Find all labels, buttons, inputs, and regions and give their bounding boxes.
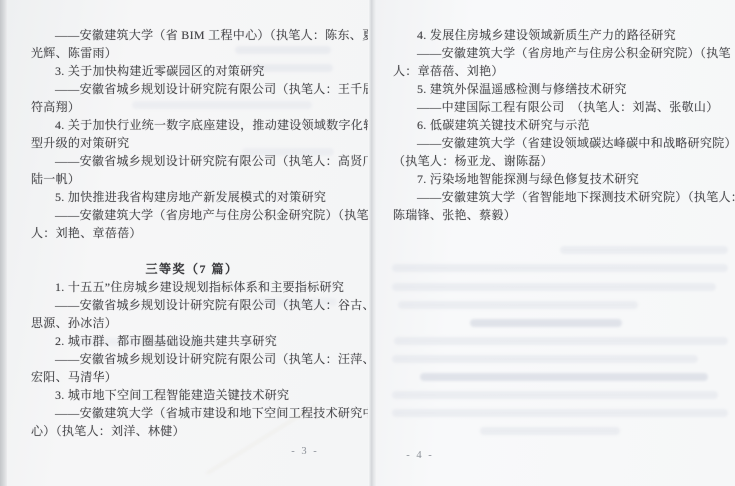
- bleed-through-smudge: [394, 337, 728, 345]
- text-line: 型升级的对策研究: [31, 134, 353, 152]
- text-line: ——安徽建筑大学（省房地产与住房公积金研究院）（执笔: [393, 44, 715, 62]
- bleed-through-smudge: [392, 355, 698, 363]
- text-line: ——中建国际工程有限公司 （执笔人：刘嵩、张敬山）: [393, 98, 715, 116]
- bleed-through-smudge: [480, 427, 620, 435]
- page-4-number: - 4 -: [390, 450, 450, 461]
- text-line: 宏阳、马清华）: [31, 368, 353, 386]
- text-line: 5. 加快推进我省构建房地产新发展模式的对策研究: [31, 188, 353, 206]
- text-line: ——安徽省城乡规划设计研究院有限公司（执笔人：汪萍、张: [31, 350, 353, 368]
- bleed-through-smudge: [470, 319, 622, 327]
- text-line: ——安徽省城乡规划设计研究院有限公司（执笔人：谷古、杨: [31, 296, 353, 314]
- section-heading: 三等奖（7 篇）: [31, 260, 353, 278]
- page-gutter-shadow: [368, 0, 376, 486]
- page-4: 4. 发展住房城乡建设领域新质生产力的路径研究——安徽建筑大学（省房地产与住房公…: [376, 0, 735, 486]
- text-line: [31, 242, 353, 260]
- text-line: 陈瑞锋、张艳、蔡毅）: [393, 206, 715, 224]
- text-line: 陆一帆）: [31, 170, 353, 188]
- text-line: 4. 发展住房城乡建设领域新质生产力的路径研究: [393, 26, 715, 44]
- text-line: ——安徽省城乡规划设计研究院有限公司（执笔人：高贤广、: [31, 152, 353, 170]
- bleed-through-smudge: [392, 391, 718, 399]
- bleed-through-smudge: [392, 283, 716, 291]
- text-line: （执笔人：杨亚龙、谢陈磊）: [393, 152, 715, 170]
- text-line: 3. 城市地下空间工程智能建造关键技术研究: [31, 386, 353, 404]
- text-line: 1. 十五五”住房城乡建设规划指标体系和主要指标研究: [31, 278, 353, 296]
- scanned-document-spread: ——安徽建筑大学（省 BIM 工程中心）（执笔人：陈东、夏光辉、陈雷雨）3. 关…: [0, 0, 735, 486]
- text-line: ——安徽省城乡规划设计研究院有限公司（执笔人：王千辰、: [31, 80, 353, 98]
- text-line: 思源、孙冰洁）: [31, 314, 353, 332]
- text-line: ——安徽建筑大学（省建设领域碳达峰碳中和战略研究院）: [393, 134, 715, 152]
- text-line: 人：刘艳、章蓓蓓）: [31, 224, 353, 242]
- bleed-through-smudge: [398, 301, 638, 309]
- text-line: 5. 建筑外保温遥感检测与修缮技术研究: [393, 80, 715, 98]
- text-line: 3. 关于加快构建近零碳园区的对策研究: [31, 62, 353, 80]
- text-line: 人：章蓓蓓、刘艳）: [393, 62, 715, 80]
- text-line: 2. 城市群、都市圈基础设施共建共享研究: [31, 332, 353, 350]
- text-line: 符高翔）: [31, 98, 353, 116]
- page-3-number: - 3 -: [275, 446, 335, 457]
- text-line: 7. 污染场地智能探测与绿色修复技术研究: [393, 170, 715, 188]
- text-line: 光辉、陈雷雨）: [31, 44, 353, 62]
- bleed-through-smudge: [392, 409, 728, 417]
- text-line: 4. 关于加快行业统一数字底座建设，推动建设领域数字化转: [31, 116, 353, 134]
- bleed-through-smudge: [392, 264, 728, 272]
- text-line: ——安徽建筑大学（省城市建设和地下空间工程技术研究中: [31, 404, 353, 422]
- bleed-through-smudge: [560, 246, 728, 254]
- page-3: ——安徽建筑大学（省 BIM 工程中心）（执笔人：陈东、夏光辉、陈雷雨）3. 关…: [7, 0, 368, 486]
- bleed-through-smudge: [420, 373, 708, 381]
- text-line: ——安徽建筑大学（省智能地下探测技术研究院）（执笔人：: [393, 188, 715, 206]
- text-line: 心）（执笔人：刘洋、林健）: [31, 422, 353, 440]
- scanner-edge-shadow: [0, 0, 7, 486]
- page-3-text-block: ——安徽建筑大学（省 BIM 工程中心）（执笔人：陈东、夏光辉、陈雷雨）3. 关…: [31, 26, 353, 440]
- text-line: 6. 低碳建筑关键技术研究与示范: [393, 116, 715, 134]
- text-line: ——安徽建筑大学（省 BIM 工程中心）（执笔人：陈东、夏: [31, 26, 353, 44]
- text-line: ——安徽建筑大学（省房地产与住房公积金研究院）（执笔: [31, 206, 353, 224]
- page-4-text-block: 4. 发展住房城乡建设领域新质生产力的路径研究——安徽建筑大学（省房地产与住房公…: [393, 26, 715, 224]
